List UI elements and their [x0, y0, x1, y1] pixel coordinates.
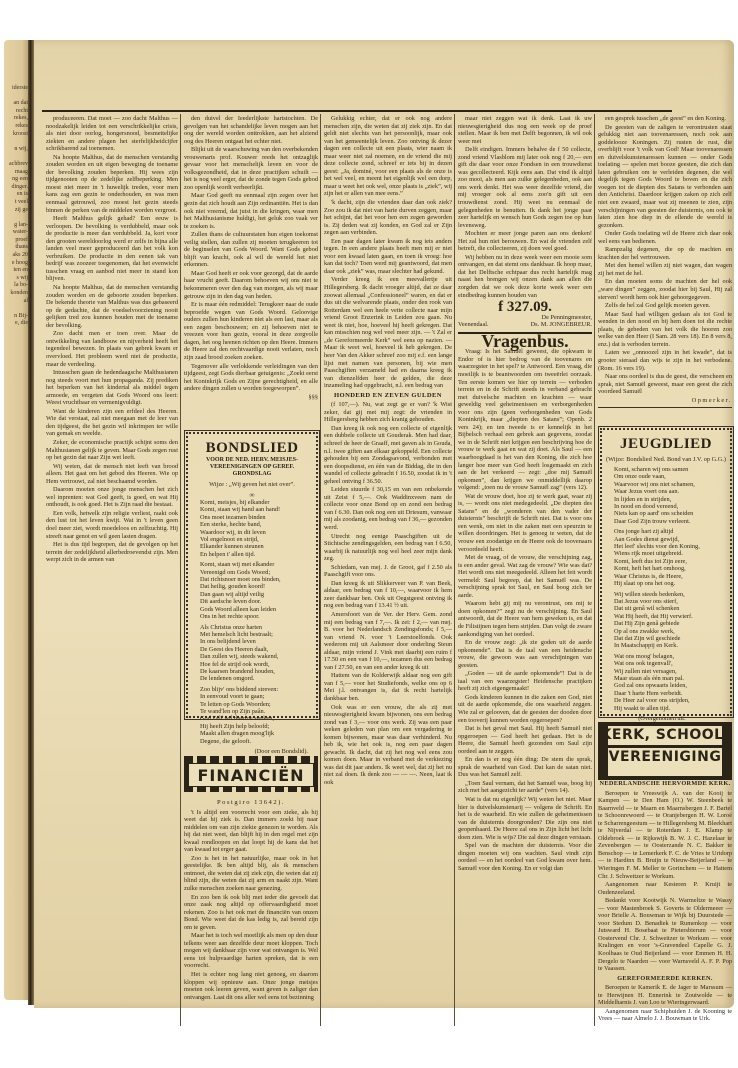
column-5: een gesprek tusschen „de geest” en den K… [598, 115, 732, 415]
paragraph: Het is dus tijd begrepen, dat de gevolge… [46, 541, 178, 564]
paragraph: Delft eindigen. Immers behalve de f 50 c… [458, 146, 592, 229]
paragraph: een gesprek tusschen „de geest” en den K… [598, 115, 732, 123]
malthus-article-continued: den duivel der Ieederlijkste hartstochte… [184, 115, 318, 393]
bondslied-signature: (Door een Bondslid). [188, 748, 316, 755]
jeugdlied-verses: Komt, scharen wij ons samen Om onze oude… [602, 466, 730, 712]
column-divider [454, 114, 455, 1026]
paragraph: Vraag: Is het Samuël geweest, die opkwam… [458, 348, 592, 491]
grk-heading: GEREFORMEERDE KERKEN. [598, 975, 732, 983]
column-1: produceeren. Dat moet — zoo dacht Malthu… [46, 115, 178, 1027]
signature-place: Veenendaal. [458, 321, 489, 329]
paragraph: produceeren. Dat moet — zoo dacht Malthu… [46, 115, 178, 153]
paragraph: Naar ons oordeel is dus de geest, die ve… [598, 373, 732, 396]
newspaper-page: produceeren. Dat moet — zoo dacht Malthu… [34, 40, 734, 1008]
bondslied-subtitle: VOOR DE NED. HERV. MEISJES- VEREENIGINGE… [188, 457, 316, 478]
paragraph: Wat de vrouw doet, hoe zij te werk gaat,… [458, 493, 592, 553]
paragraph: Utrecht nog eenige Paaschgiften uit de S… [324, 533, 452, 563]
verse: Wat ons moog' belagen, Wat ons ook tegen… [602, 653, 730, 712]
bondslied-box: BONDSLIED VOOR DE NED. HERV. MEISJES- VE… [186, 432, 318, 718]
paragraph: Wij hebben nu in deze week weer een mooi… [458, 254, 592, 299]
bondslied-title: BONDSLIED [188, 440, 316, 457]
verse: Komt, staan wij met elkander Vereenigd o… [188, 561, 316, 620]
paragraph: Zoo dacht men er toen over. Maar de ontw… [46, 330, 178, 368]
paragraph: 'k dacht, zijn die vrienden daar dan ook… [324, 199, 452, 237]
financien-title: FINANCIËN [188, 763, 314, 787]
banner-line-2: VEREENIGING [598, 745, 732, 767]
jeugdlied-title: JEUGDLIED [602, 436, 730, 453]
column-divider [594, 114, 595, 1026]
paragraph: Rampzalig degenen, die op de machten en … [598, 246, 732, 261]
grk-beroepen: Beroepen te Kamerik E. de Jager te Marss… [598, 984, 732, 1007]
financien-article: Postgiro 13642). 't Is altijd een voorre… [184, 796, 318, 1026]
paragraph: Tegenover alle verlokkende verleidingen … [184, 363, 318, 393]
verse: Als Christus onze harten Met hemelsch li… [188, 624, 316, 683]
verse: Wij willen steeds bedenken, Dat Jezus vo… [602, 591, 730, 650]
paragraph: Heeft Malthus gelijk gehad? Een eeuw is … [46, 215, 178, 283]
paragraph: Wij weten, dat de mensch niet leeft van … [46, 463, 178, 486]
paragraph: Onder Gods toelating wil de Heere zich d… [598, 230, 732, 245]
vragenbus-text: Vraag: Is het Samuël geweest, die opkwam… [458, 348, 592, 872]
paragraph: Want de kinderen zijn een erfdeel des He… [46, 408, 178, 438]
column-divider [180, 114, 181, 1026]
paragraph: Zullen thans de cultuurstaten hun eigen … [184, 231, 318, 269]
paragraph: Het is echter nog lang niet genoeg, en d… [184, 971, 318, 1001]
collections-report-end: maar niet zeggen wat ik denk. Laat ik uw… [458, 115, 592, 299]
paragraph: En dan is er nog één ding: De stem die s… [458, 756, 592, 779]
paragraph: Met de vraag, of de vrouw, die verschijn… [458, 554, 592, 599]
paragraph: 't Is altijd een voorrecht voor een ziek… [184, 809, 318, 854]
paragraph: Maar Saul had willigen gedaan als tot Go… [598, 311, 732, 349]
end-mark: §§§ [184, 394, 318, 402]
ornament: ∞ [188, 491, 316, 499]
paragraph: Schiedam, van mej. J. de Groot, gaf f 2.… [324, 564, 452, 579]
column-divider [320, 114, 321, 1026]
paragraph: Daarom moeten onze jonge menschen het zi… [46, 486, 178, 509]
paragraph: Zeker, de economische practijk schijnt s… [46, 439, 178, 462]
jeugdlied-box: JEUGDLIED (Wijze: Bondslied Ned. Bond va… [600, 428, 732, 716]
paragraph: Maar God heeft er ook voor gezorgd, dat … [184, 270, 318, 300]
paragraph: Dan kreeg ik uit Slikkerveer van P. van … [324, 580, 452, 610]
column-2: den duivel der Ieederlijkste hartstochte… [184, 115, 318, 427]
paragraph: Maar het is toch wel moeilijk als men op… [184, 932, 318, 970]
malthus-article: produceeren. Dat moet — zoo dacht Malthu… [46, 115, 178, 564]
paragraph: Hattem van de Kolderwijk aldaar nog een … [324, 672, 452, 702]
vragenbus-continued: een gesprek tusschen „de geest” en den K… [598, 115, 732, 396]
column-3: Gelukkig echter, dat er ook nog andere m… [324, 115, 452, 1027]
paragraph: Dan kreeg ik ook nog een collecte of eig… [324, 425, 452, 485]
bondslied-tune: Wijze : „Wij geven het niet over”. [188, 481, 316, 488]
paragraph: Amersfoort van de Ver. der Herv. Gem. zo… [324, 611, 452, 671]
paragraph: Zoo is het in het natuurlijke, maar ook … [184, 855, 318, 893]
kerk-school-banner: KERK, SCHOOL, VEREENIGING [598, 722, 732, 780]
financien-banner: FINANCIËN [184, 756, 318, 792]
vragenbus-title: Vragenbus. [458, 338, 592, 346]
bondslied-verses: Komt, meisjes, bij elkander Komt, staan … [188, 499, 316, 745]
previous-page-fragment: iderste an dat recht rekes, rekes kroost… [4, 40, 30, 328]
column-4: maar niet zeggen wat ik denk. Laat ik uw… [458, 115, 592, 1027]
paragraph: Verder kreeg ik een meevallertje uit Hil… [324, 276, 452, 389]
paragraph: Een paar dagen later kwam ik nog iets an… [324, 238, 452, 276]
previous-page-edge: iderste an dat recht rekes, rekes kroost… [4, 40, 30, 1000]
section-rule [598, 407, 732, 408]
paragraph: Met den hemel willen zij niet wagen, dan… [598, 262, 732, 277]
paragraph: Na hoopte Malthus, dat de menschen verst… [46, 154, 178, 214]
verse: Komt, meisjes, bij elkander Komt, staan … [188, 499, 316, 558]
top-rule [42, 110, 672, 112]
postgiro-label: Postgiro 13642). [184, 799, 318, 807]
paragraph: Intusschen gaan de hedendaagsche Malthus… [46, 369, 178, 407]
paragraph: „Goden — uit de aarde opkomende”! Dat is… [458, 670, 592, 693]
paragraph: Spel van de machten der duisternis. Voor… [458, 842, 592, 872]
total-amount: f 327.09. [458, 304, 592, 312]
collections-report: Gelukkig echter, dat er ook nog andere m… [324, 115, 452, 390]
paragraph: En dan moeten soms de machten der hel oo… [598, 278, 732, 301]
treasurer-name: Ds. M. JONGEBREUR. [531, 321, 592, 329]
paragraph: Leiden stuurde f 30,15 en van een onbeke… [324, 486, 452, 531]
grk-aangenomen: Aangenomen naar Schiphuiden J. de Koonin… [598, 1008, 732, 1023]
paragraph: Er is maar één redmiddel: Terugkeer naar… [184, 301, 318, 361]
collection-subhead: HONDERD EN ZEVEN GULDEN [324, 392, 452, 400]
paragraph: Wat is dat nu eigenlijk? Wij weten het n… [458, 796, 592, 841]
paragraph: De geesten van de zaligen te verontruste… [598, 124, 732, 230]
paragraph: En zoo ben ik ook blij met ieder die gev… [184, 894, 318, 932]
paragraph: (f 107,—). Nu, wat zegt ge er van? 'k Wi… [324, 401, 452, 424]
verse: Zoo blijv' ons biddend streven: In eenvo… [188, 686, 316, 745]
verse: Ons jonge hart zij altijd Aan Godes dien… [602, 528, 730, 587]
verse: Komt, scharen wij ons samen Om onze oude… [602, 466, 730, 525]
banner-line-1: KERK, SCHOOL, [598, 726, 732, 745]
nhk-beroepen: Beroepen te Vreeswijk A. van der Kooij t… [598, 790, 732, 881]
paragraph: Waarom hebt gij mij nu verontrust, om mi… [458, 600, 592, 638]
paragraph: Mochten er meer jonge paren aan ons denk… [458, 230, 592, 253]
paragraph: Zelfs de hel zal God gelijk moeten geven… [598, 302, 732, 310]
collections-report-continued: (f 107,—). Nu, wat zegt ge er van? 'k Wi… [324, 401, 452, 786]
paragraph: maar niet zeggen wat ik denk. Laat ik uw… [458, 115, 592, 145]
financien-text: 't Is altijd een voorrecht voor een ziek… [184, 809, 318, 1002]
paragraph: En de vrouw zegt: „ik zie goden uit de a… [458, 639, 592, 669]
paragraph: Gods kinderen kunnen in die zaken een Go… [458, 694, 592, 724]
paragraph: Ook was er een vrouw, die als zij met ni… [324, 704, 452, 787]
paragraph: Dat is het geval met Saul. Hij heeft Sam… [458, 725, 592, 755]
author-signature: Opmerker. [598, 397, 732, 405]
nhk-bedankt: Bedankt voor Kootwijk N. Warmeltze te Wa… [598, 897, 732, 972]
church-news: NEDERLANDSCHE HERVORMDE KERK. Beroepen t… [598, 778, 732, 1028]
paragraph: Een volk, hetwelk zijn religie verliest,… [46, 510, 178, 540]
paragraph: Maar God geeft nu eenmaal zijn zegen ove… [184, 192, 318, 230]
nhk-aangenomen: Aangenomen naar Kesteren P. Kruijt te Ou… [598, 881, 732, 896]
paragraph: Blijkt uit de waarschuwing van den overb… [184, 146, 318, 191]
nhk-heading: NEDERLANDSCHE HERVORMDE KERK. [598, 780, 732, 788]
paragraph: „Toen Saul vernam, dat het Samuël was, b… [458, 780, 592, 795]
paragraph: den duivel der Ieederlijkste hartstochte… [184, 115, 318, 145]
paragraph: Laten we „onnoozel zijn in het kwade”, d… [598, 349, 732, 372]
paragraph: Na hoopte Malthus, dat de menschen verst… [46, 284, 178, 329]
jeugdlied-tune: (Wijze: Bondslied Ned. Bond van J.V. op … [602, 456, 730, 463]
paragraph: Gelukkig echter, dat er ook nog andere m… [324, 115, 452, 198]
